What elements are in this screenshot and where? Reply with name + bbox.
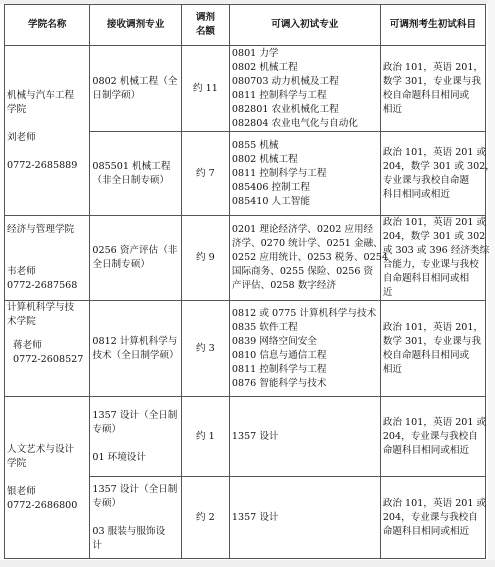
page-margin-right <box>488 0 495 567</box>
subject-text: 相近 <box>383 103 483 117</box>
major-text: 1357 设计（全日制 <box>92 409 179 423</box>
page-margin-bottom <box>0 560 495 567</box>
subject-text: 政治 101，英语 201， <box>383 321 483 335</box>
table-row: 计算机科学与技 术学院 蒋老师 0772-2608527 0812 计算机科学与… <box>5 301 486 397</box>
eligible-major: 0855 机械 <box>232 139 378 153</box>
major-text: 全日制专硕） <box>92 258 179 272</box>
direction-text: 计 <box>92 539 179 553</box>
exam-subjects-cell: 政治 101，英语 201 或 204，数学 301 或 302， 专业课与我校… <box>380 132 485 216</box>
eligible-major: 082801 农业机械化工程 <box>232 103 378 117</box>
major-text: 专硕） <box>92 423 179 437</box>
subject-text: 或 303 或 396 经济类综 <box>383 244 483 258</box>
direction-text: 03 服装与服饰设 <box>92 525 179 539</box>
college-cell: 人文艺术与设计 学院 银老师 0772-2686800 <box>5 397 90 559</box>
exam-subjects-cell: 政治 101，英语 201 或 204，专业课与我校自 命题科目相同或相近 <box>380 477 485 559</box>
contact-phone: 0772-2685889 <box>7 159 87 173</box>
exam-subjects-cell: 政治 101，英语 201， 数学 301，专业课与我 校自命题科目相同或 相近 <box>380 46 485 132</box>
subject-text: 数学 301，专业课与我 <box>383 335 483 349</box>
quota-cell: 约 11 <box>181 46 229 132</box>
major-text: 1357 设计（全日制 <box>92 483 179 497</box>
subject-text: 命题科目相同或相近 <box>383 525 483 539</box>
college-name: 经济与管理学院 <box>7 223 87 237</box>
college-cell: 机械与汽车工程 学院 刘老师 0772-2685889 <box>5 46 90 216</box>
eligible-majors-cell: 0812 或 0775 计算机科学与技术 0835 软件工程 0839 网络空间… <box>229 301 380 397</box>
subject-text: 政治 101，英语 201 或 <box>383 416 483 430</box>
eligible-major: 080703 动力机械及工程 <box>232 75 378 89</box>
exam-subjects-cell: 政治 101，英语 201 或 204，专业课与我校自 命题科目相同或相近 <box>380 397 485 477</box>
quota-cell: 约 9 <box>181 216 229 301</box>
subject-text: 相近 <box>383 363 483 377</box>
subject-text: 204，专业课与我校自 <box>383 511 483 525</box>
college-name-cont: 学院 <box>7 457 87 471</box>
receiving-major-cell: 1357 设计（全日制 专硕） 01 环境设计 <box>90 397 182 477</box>
eligible-major: 0201 理论经济学、0202 应用经 <box>232 223 378 237</box>
college-name: 人文艺术与设计 <box>7 443 87 457</box>
eligible-major: 产评估、0258 数字经济 <box>232 279 378 293</box>
eligible-major: 0802 机械工程 <box>232 61 378 75</box>
receiving-major-cell: 0802 机械工程（全 日制学硕） <box>90 46 182 132</box>
major-text: 0802 机械工程（全 <box>92 75 179 89</box>
eligible-major: 085406 控制工程 <box>232 181 378 195</box>
direction-text: 01 环境设计 <box>92 451 179 465</box>
eligible-majors-cell: 0201 理论经济学、0202 应用经 济学、0270 统计学、0251 金融、… <box>229 216 380 301</box>
subject-text: 政治 101，英语 201， <box>383 61 483 75</box>
subject-text: 204，数学 301 或 302， <box>383 160 483 174</box>
eligible-major: 0801 力学 <box>232 47 378 61</box>
exam-subjects-cell: 政治 101，英语 201， 数学 301，专业课与我 校自命题科目相同或 相近 <box>380 301 485 397</box>
major-text: 0812 计算机科学与 <box>92 335 179 349</box>
subject-text: 科目相同或相近 <box>383 188 483 202</box>
eligible-majors-cell: 0801 力学 0802 机械工程 080703 动力机械及工程 0811 控制… <box>229 46 380 132</box>
header-receiving-major: 接收调剂专业 <box>90 5 182 46</box>
quota-cell: 约 3 <box>181 301 229 397</box>
eligible-majors-cell: 1357 设计 <box>229 397 380 477</box>
contact-name: 刘老师 <box>7 131 87 145</box>
header-exam-subjects: 可调剂考生初试科目 <box>380 5 485 46</box>
contact-name: 蒋老师 <box>7 339 87 353</box>
eligible-major: 1357 设计 <box>232 511 378 525</box>
table-row: 人文艺术与设计 学院 银老师 0772-2686800 1357 设计（全日制 … <box>5 397 486 477</box>
contact-phone: 0772-2686800 <box>7 499 87 513</box>
eligible-major: 0252 应用统计、0253 税务、0254 <box>232 251 378 265</box>
exam-subjects-cell: 政治 101，英语 201 或 204，数学 301 或 302 或 303 或… <box>380 216 485 301</box>
major-text: 专硕） <box>92 497 179 511</box>
eligible-major: 085410 人工智能 <box>232 195 378 209</box>
receiving-major-cell: 0256 资产评估（非 全日制专硕） <box>90 216 182 301</box>
major-text: 技术（全日制学硕） <box>92 349 179 363</box>
header-quota: 调剂 名额 <box>181 5 229 46</box>
college-cell: 计算机科学与技 术学院 蒋老师 0772-2608527 <box>5 301 90 397</box>
eligible-major: 国际商务、0255 保险、0256 资 <box>232 265 378 279</box>
header-quota-line1: 调剂 <box>184 11 227 25</box>
college-name-cont: 学院 <box>7 103 87 117</box>
college-name: 计算机科学与技 <box>7 301 87 315</box>
subject-text: 校自命题科目相同或 <box>383 349 483 363</box>
header-quota-line2: 名额 <box>184 25 227 39</box>
major-text: 日制学硕） <box>92 89 179 103</box>
receiving-major-cell: 1357 设计（全日制 专硕） 03 服装与服饰设 计 <box>90 477 182 559</box>
header-college: 学院名称 <box>5 5 90 46</box>
receiving-major-cell: 085501 机械工程 （非全日制专硕） <box>90 132 182 216</box>
eligible-major: 0810 信息与通信工程 <box>232 349 378 363</box>
contact-phone: 0772-2608527 <box>7 353 87 367</box>
quota-cell: 约 7 <box>181 132 229 216</box>
eligible-major: 0811 控制科学与工程 <box>232 363 378 377</box>
eligible-major: 0812 或 0775 计算机科学与技术 <box>232 307 378 321</box>
contact-name: 韦老师 <box>7 265 87 279</box>
subject-text: 政治 101，英语 201 或 <box>383 497 483 511</box>
quota-cell: 约 2 <box>181 477 229 559</box>
eligible-major: 0839 网络空间安全 <box>232 335 378 349</box>
college-name-cont: 术学院 <box>7 315 87 329</box>
receiving-major-cell: 0812 计算机科学与 技术（全日制学硕） <box>90 301 182 397</box>
subject-text: 近 <box>383 286 483 300</box>
major-text: （非全日制专硕） <box>92 174 179 188</box>
eligible-major: 0802 机械工程 <box>232 153 378 167</box>
header-row: 学院名称 接收调剂专业 调剂 名额 可调入初试专业 可调剂考生初试科目 <box>5 5 486 46</box>
subject-text: 政治 101，英语 201 或 <box>383 216 483 230</box>
subject-text: 政治 101，英语 201 或 <box>383 146 483 160</box>
eligible-majors-cell: 1357 设计 <box>229 477 380 559</box>
eligible-major: 082804 农业电气化与自动化 <box>232 117 378 131</box>
eligible-major: 0811 控制科学与工程 <box>232 167 378 181</box>
subject-text: 合能力，专业课与我校 <box>383 258 483 272</box>
table-row: 经济与管理学院 韦老师 0772-2687568 0256 资产评估（非 全日制… <box>5 216 486 301</box>
header-eligible-majors: 可调入初试专业 <box>229 5 380 46</box>
subject-text: 自命题科目相同或相 <box>383 272 483 286</box>
eligible-majors-cell: 0855 机械 0802 机械工程 0811 控制科学与工程 085406 控制… <box>229 132 380 216</box>
subject-text: 校自命题科目相同或 <box>383 89 483 103</box>
eligible-major: 1357 设计 <box>232 430 378 444</box>
major-text: 085501 机械工程 <box>92 160 179 174</box>
eligible-major: 0876 智能科学与技术 <box>232 377 378 391</box>
subject-text: 204，专业课与我校自 <box>383 430 483 444</box>
adjustment-table: 学院名称 接收调剂专业 调剂 名额 可调入初试专业 可调剂考生初试科目 机械与汽… <box>4 4 486 559</box>
college-cell: 经济与管理学院 韦老师 0772-2687568 <box>5 216 90 301</box>
eligible-major: 0835 软件工程 <box>232 321 378 335</box>
eligible-major: 济学、0270 统计学、0251 金融、 <box>232 237 378 251</box>
subject-text: 专业课与我校自命题 <box>383 174 483 188</box>
subject-text: 命题科目相同或相近 <box>383 444 483 458</box>
quota-cell: 约 1 <box>181 397 229 477</box>
subject-text: 204，数学 301 或 302 <box>383 230 483 244</box>
college-name: 机械与汽车工程 <box>7 89 87 103</box>
table-row: 机械与汽车工程 学院 刘老师 0772-2685889 0802 机械工程（全 … <box>5 46 486 132</box>
major-text: 0256 资产评估（非 <box>92 244 179 258</box>
eligible-major: 0811 控制科学与工程 <box>232 89 378 103</box>
contact-phone: 0772-2687568 <box>7 279 87 293</box>
subject-text: 数学 301，专业课与我 <box>383 75 483 89</box>
contact-name: 银老师 <box>7 485 87 499</box>
